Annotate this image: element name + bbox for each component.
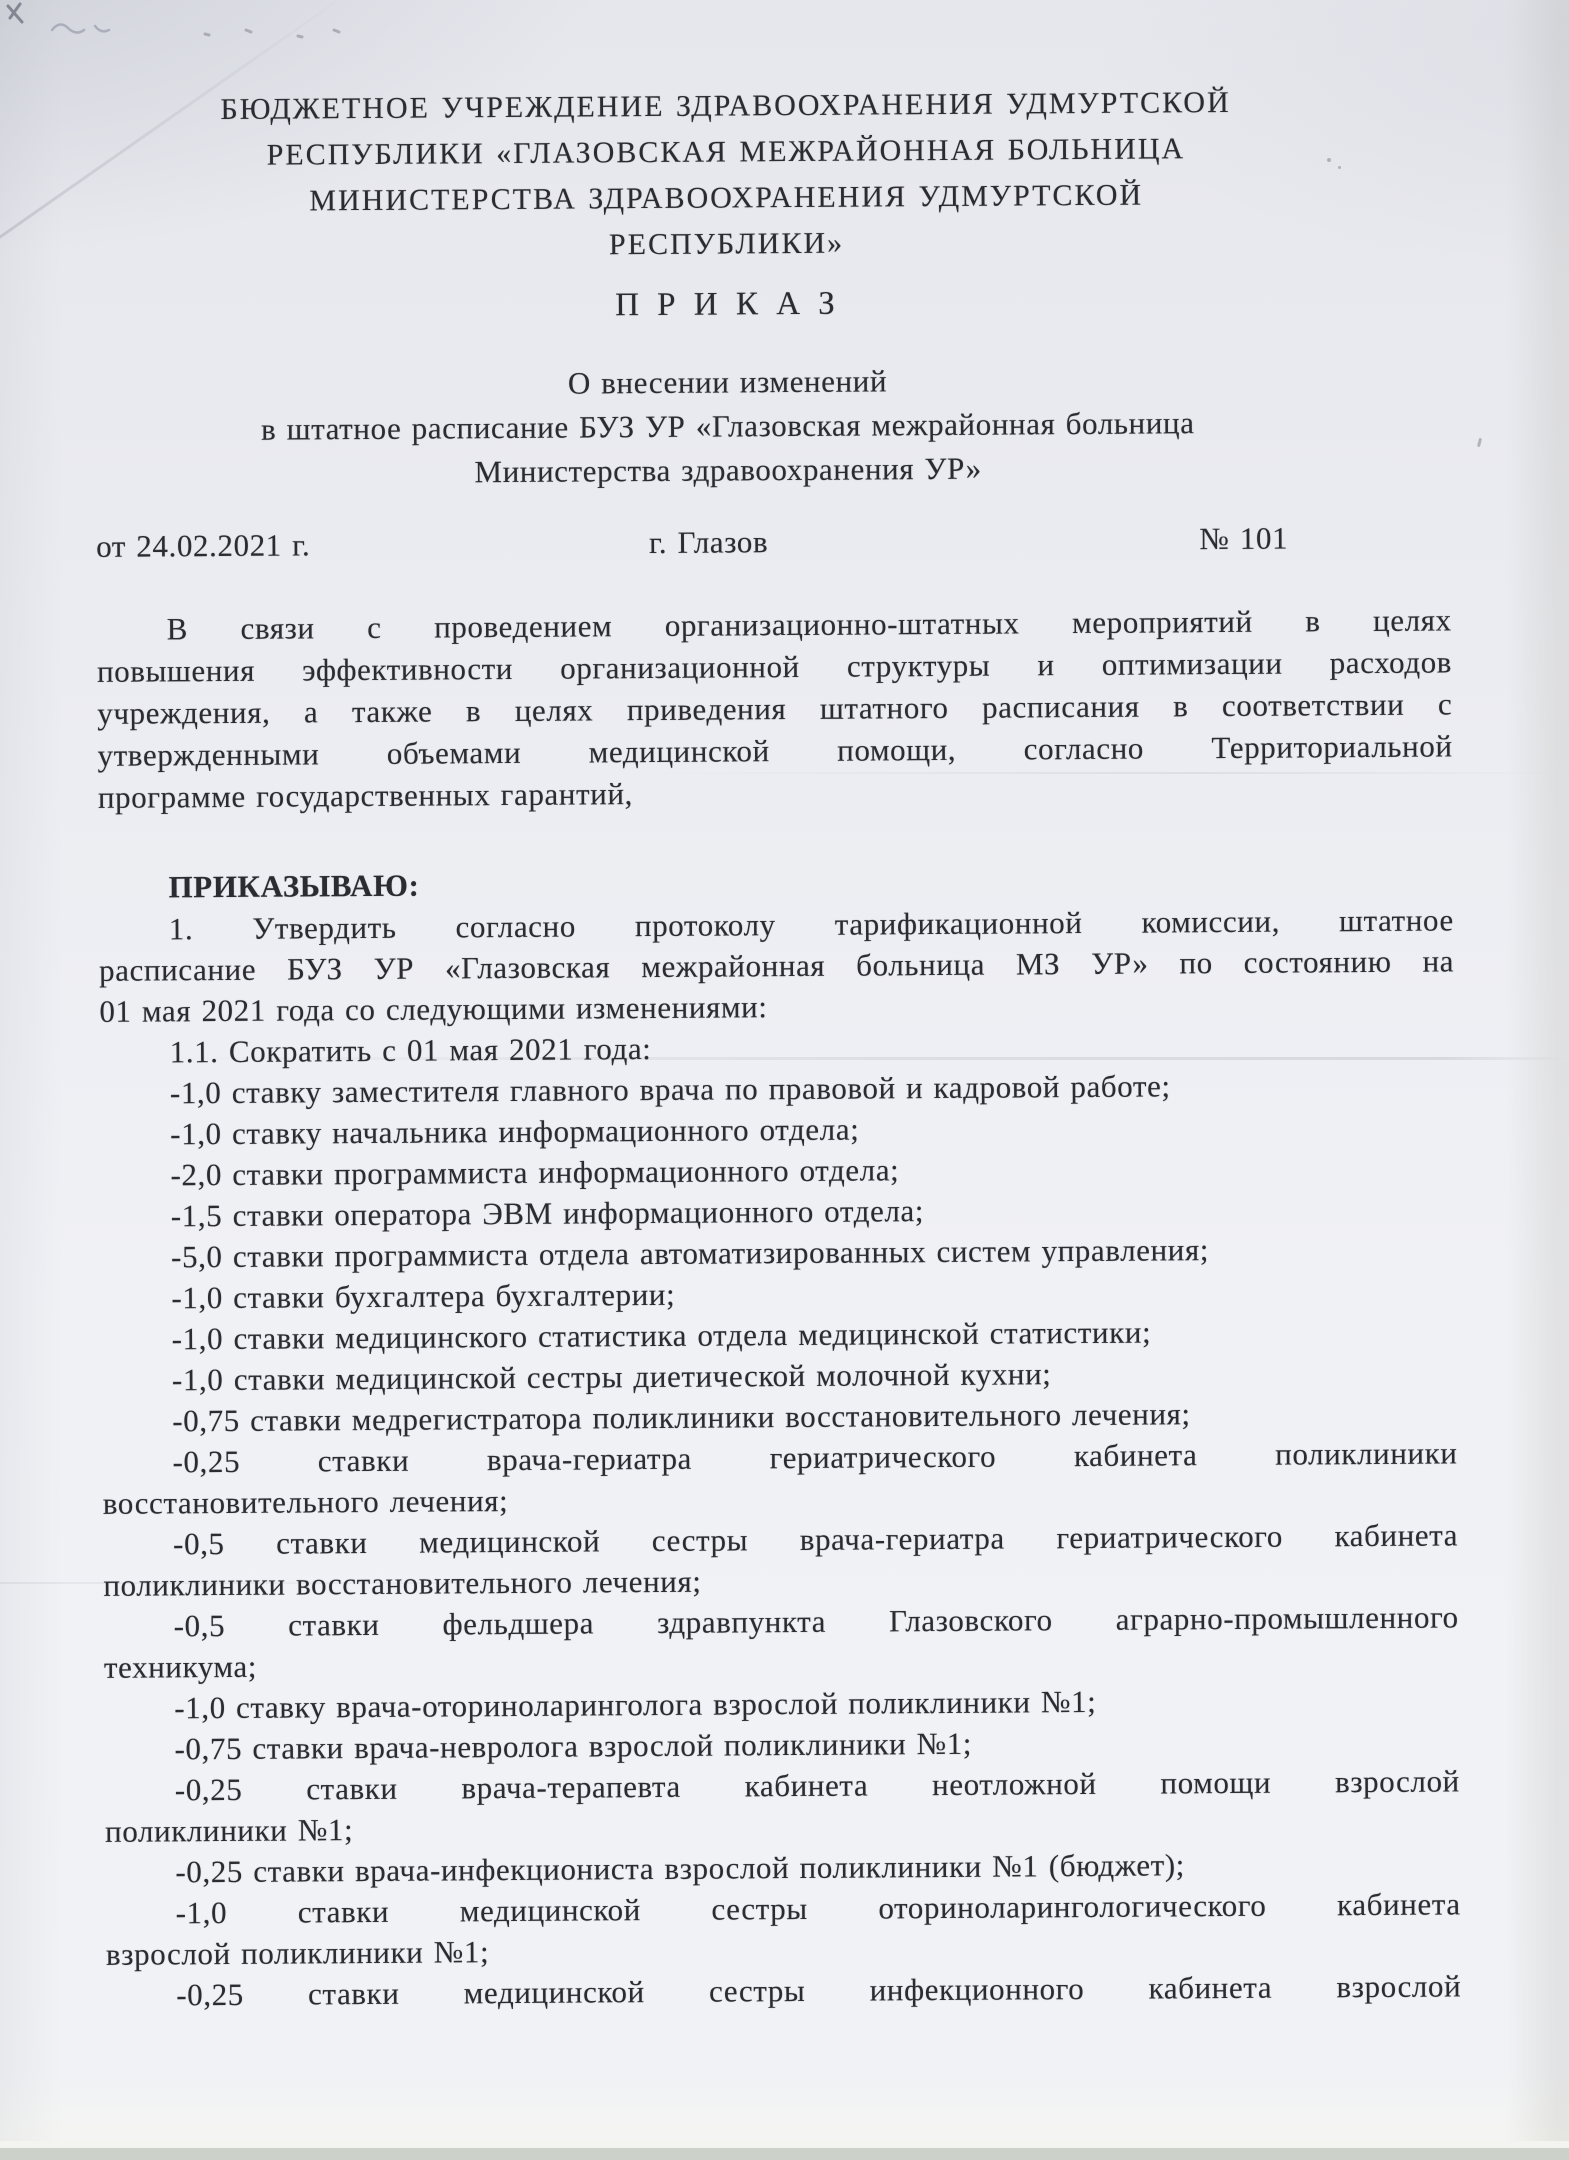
reduction-item: -0,5 ставки фельдшера здравпункта Глазов… — [104, 1596, 1460, 1687]
document-date: от 24.02.2021 г. — [96, 522, 548, 569]
organization-name-line: РЕСПУБЛИКИ» — [94, 217, 1359, 272]
document-place: г. Глазов — [483, 519, 935, 566]
document-subject-line: в штатное расписание БУЗ УР «Глазовская … — [95, 400, 1360, 453]
document-subject-line: Министерства здравоохранения УР» — [95, 444, 1360, 497]
reduction-item: -0,25 ставки врача-терапевта кабинета не… — [105, 1760, 1461, 1851]
document-meta-row: от 24.02.2021 г. г. Глазов № 101 — [96, 515, 1451, 568]
scanner-edge-strip — [0, 2148, 1569, 2160]
document-subject: О внесении измененийв штатное расписание… — [95, 355, 1451, 496]
reduction-item-line: -0,25 ставки медицинской сестры инфекцио… — [106, 1965, 1461, 2015]
document-content: БЮДЖЕТНОЕ УЧРЕЖДЕНИЕ ЗДРАВООХРАНЕНИЯ УДМ… — [0, 0, 1569, 2017]
document-type-title: П Р И К А З — [94, 276, 1449, 331]
scanned-document-page: БЮДЖЕТНОЕ УЧРЕЖДЕНИЕ ЗДРАВООХРАНЕНИЯ УДМ… — [0, 0, 1569, 2160]
reductions-list: -1,0 ставку заместителя главного врача п… — [100, 1063, 1462, 2015]
preamble-line: программе государственных гарантий, — [98, 767, 1453, 818]
organization-name-line: РЕСПУБЛИКИ «ГЛАЗОВСКАЯ МЕЖРАЙОННАЯ БОЛЬН… — [93, 125, 1358, 180]
reduction-item: -0,25 ставки медицинской сестры инфекцио… — [106, 1965, 1461, 2015]
scanner-edge-highlight — [0, 2141, 1569, 2148]
reduction-item: -1,0 ставки медицинской сестры оторинола… — [106, 1883, 1462, 1974]
clause-1-paragraph: 1. Утвердить согласно протоколу тарифика… — [99, 899, 1455, 1031]
organization-name: БЮДЖЕТНОЕ УЧРЕЖДЕНИЕ ЗДРАВООХРАНЕНИЯ УДМ… — [93, 78, 1449, 271]
reduction-item: -0,25 ставки врача-гериатра гериатрическ… — [102, 1432, 1458, 1523]
preamble-paragraph: В связи с проведением организационно-шта… — [97, 599, 1453, 818]
reduction-item: -0,5 ставки медицинской сестры врача-гер… — [103, 1514, 1459, 1605]
document-number: № 101 — [999, 515, 1451, 562]
